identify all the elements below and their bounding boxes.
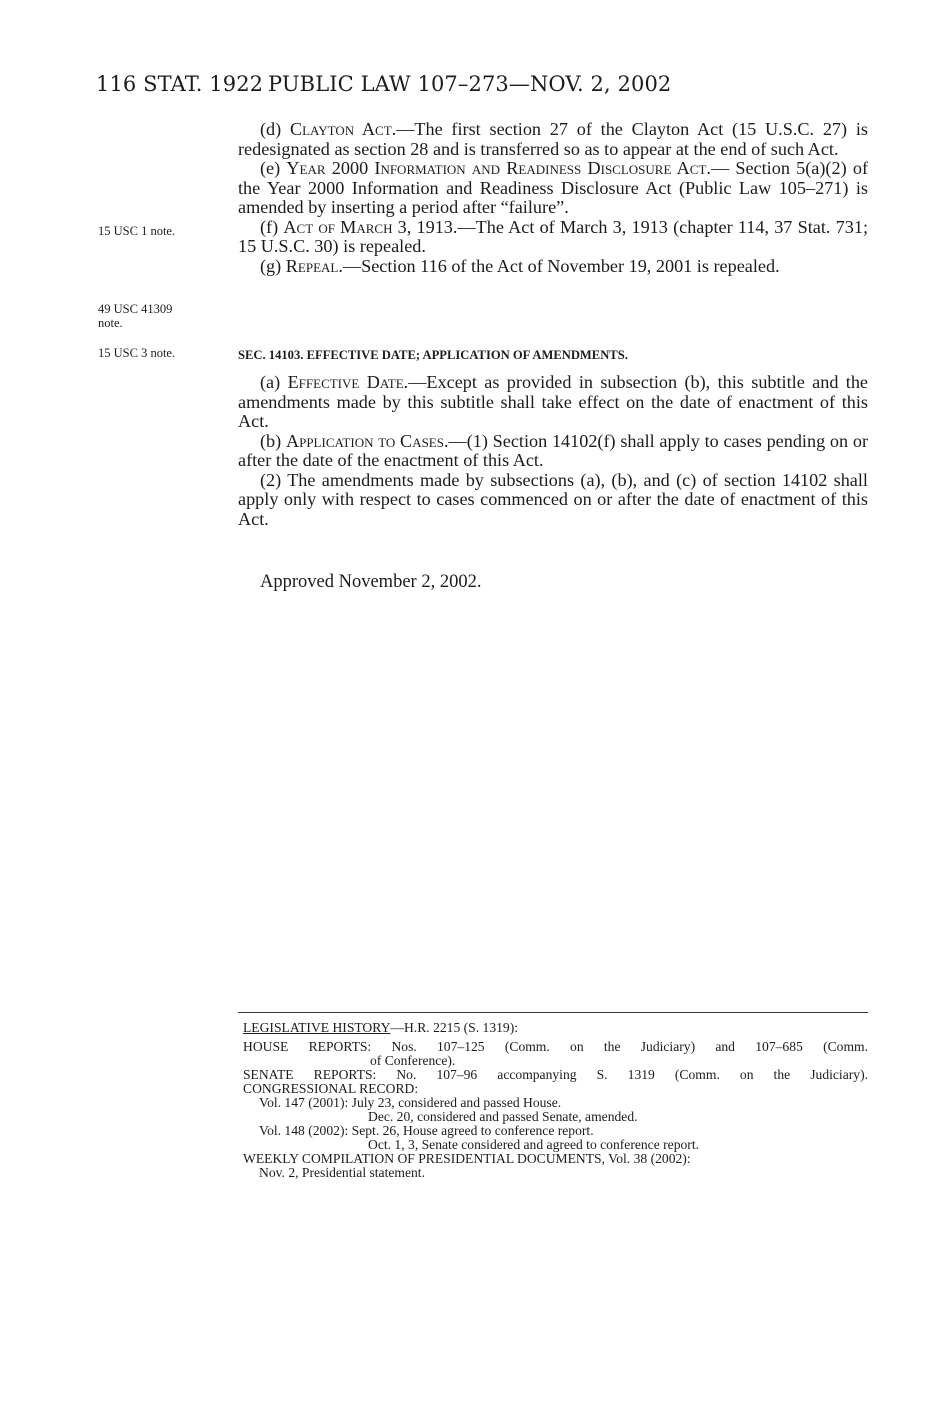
page-title: PUBLIC LAW 107–273—NOV. 2, 2002 [268, 72, 671, 96]
subsection-label: (e) [260, 158, 286, 178]
subsection-heading: Repeal. [286, 256, 343, 276]
weekly-compilation: WEEKLY COMPILATION OF PRESIDENTIAL DOCUM… [243, 1152, 868, 1166]
margin-note-49usc41309: 49 USC 41309 note. [98, 302, 172, 330]
margin-note-15usc3: 15 USC 3 note. [98, 346, 175, 360]
margin-note-15usc1: 15 USC 1 note. [98, 224, 175, 238]
section-subsection-b2: (2) The amendments made by subsections (… [238, 471, 868, 530]
history-title: LEGISLATIVE HISTORY [243, 1020, 390, 1035]
subsection-heading: Application to Cases. [286, 431, 449, 451]
subsection-label: (f) [260, 217, 283, 237]
subsection-text: —Section 116 of the Act of November 19, … [343, 256, 780, 276]
vol-label: Vol. 147 (2001): [259, 1095, 348, 1110]
margin-note-line: 49 USC 41309 [98, 302, 172, 316]
vol-label: Vol. 148 (2002): [259, 1123, 348, 1138]
house-reports: HOUSE REPORTS: Nos. 107–125 (Comm. on th… [243, 1040, 868, 1054]
vol-entry: July 23, considered and passed House. [352, 1095, 562, 1110]
section-heading: SEC. 14103. EFFECTIVE DATE; APPLICATION … [238, 348, 628, 363]
house-reports-cont: of Conference). [243, 1054, 868, 1068]
subsection-heading: Act of March 3, 1913. [283, 217, 457, 237]
subsections-block: (d) Clayton Act.—The first section 27 of… [238, 120, 868, 276]
senate-reports: SENATE REPORTS: No. 107–96 accompanying … [243, 1068, 868, 1082]
subsection-label: (b) [260, 431, 286, 451]
page-reference: 116 STAT. 1922 [96, 72, 263, 96]
subsection-e: (e) Year 2000 Information and Readiness … [238, 159, 868, 218]
subsection-g: (g) Repeal.—Section 116 of the Act of No… [238, 257, 868, 277]
subsection-d: (d) Clayton Act.—The first section 27 of… [238, 120, 868, 159]
subsection-heading: Clayton Act. [290, 119, 396, 139]
section-subsection-b: (b) Application to Cases.—(1) Section 14… [238, 432, 868, 471]
approval-date: Approved November 2, 2002. [260, 572, 481, 593]
margin-note-line: note. [98, 316, 172, 330]
legislative-history-title: LEGISLATIVE HISTORY—H.R. 2215 (S. 1319): [243, 1021, 868, 1035]
vol147-row2: Dec. 20, considered and passed Senate, a… [243, 1110, 868, 1124]
vol147-row: Vol. 147 (2001): July 23, considered and… [243, 1096, 868, 1110]
subsection-heading: Effective Date. [288, 372, 409, 392]
vol-entry: Sept. 26, House agreed to conference rep… [352, 1123, 594, 1138]
legislative-history: LEGISLATIVE HISTORY—H.R. 2215 (S. 1319):… [243, 1021, 868, 1180]
subsection-f: (f) Act of March 3, 1913.—The Act of Mar… [238, 218, 868, 257]
subsection-label: (d) [260, 119, 290, 139]
section-body: (a) Effective Date.—Except as provided i… [238, 373, 868, 529]
section-subsection-a: (a) Effective Date.—Except as provided i… [238, 373, 868, 432]
vol148-row2: Oct. 1, 3, Senate considered and agreed … [243, 1138, 868, 1152]
congressional-record: CONGRESSIONAL RECORD: [243, 1082, 868, 1096]
subsection-label: (a) [260, 372, 288, 392]
subsection-label: (g) [260, 256, 286, 276]
weekly-entry: Nov. 2, Presidential statement. [243, 1166, 868, 1180]
divider-rule [238, 1012, 868, 1013]
subsection-heading: Year 2000 Information and Readiness Disc… [286, 158, 711, 178]
history-bill: —H.R. 2215 (S. 1319): [390, 1020, 518, 1035]
vol148-row: Vol. 148 (2002): Sept. 26, House agreed … [243, 1124, 868, 1138]
